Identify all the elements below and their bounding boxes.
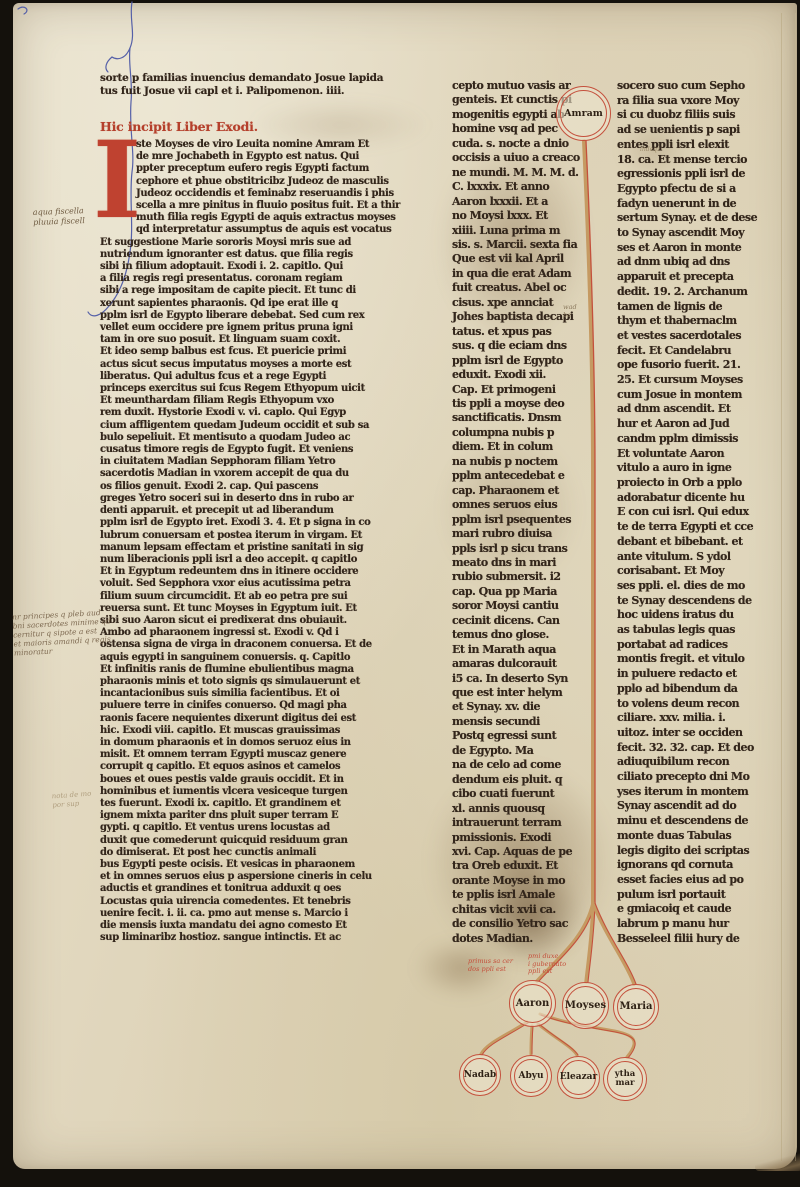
text-line: esset facies eius ad po xyxy=(617,873,753,888)
text-line: ad se uenientis p sapi xyxy=(617,123,753,138)
text-line: Et meunthardam filiam Regis Ethyopum vxo xyxy=(100,395,436,407)
node-label: Nadab xyxy=(464,1071,496,1080)
text-line: cibo cuati fuerunt xyxy=(452,787,594,801)
text-line: ad dnm ubiq ad dns xyxy=(617,255,753,270)
text-line: pplm isrl de Egypto iret. Exodi 3. 4. Et… xyxy=(100,517,436,529)
text-line: yses iterum in montem xyxy=(617,785,753,800)
text-line: fuit creatus. Abel oc xyxy=(452,281,594,295)
text-line: liberatus. Qui adultus fcus et a rege Eg… xyxy=(100,371,436,383)
text-line: candm pplm dimissis xyxy=(617,432,753,447)
text-line: hominibus et iumentis vlcera vesiceque t… xyxy=(100,786,436,798)
text-line: in puluere redacto et xyxy=(617,667,753,682)
text-line: hoc uidens iratus du xyxy=(617,608,753,623)
text-line: ba xyxy=(563,312,577,320)
text-line: de Egypto. Ma xyxy=(452,744,594,758)
text-line: dos ppli est xyxy=(468,966,513,974)
text-line: orante Moyse in mo xyxy=(452,874,594,888)
text-line: Egypto pfectu de si a xyxy=(617,182,753,197)
text-line: xl. annis quousq xyxy=(452,802,594,816)
text-line: cap. Qua pp Maria xyxy=(452,585,594,599)
text-line: actus sicut secus imputatus moyses a mor… xyxy=(100,359,436,371)
node-label: Abyu xyxy=(518,1072,543,1081)
text-line: ope fusorio fuerit. 21. xyxy=(617,358,753,373)
text-line: legis digito dei scriptas xyxy=(617,844,753,859)
text-line: thym et thabernaclm xyxy=(617,314,753,329)
text-line: corisabant. Et Moy xyxy=(617,564,753,579)
text-line: sacerdotis Madian in vxorem accepit de q… xyxy=(100,468,436,480)
text-line: Que est vii kal April xyxy=(452,252,594,266)
left-text-column: ste Moyses de viro Leuita nomine Amram E… xyxy=(100,139,436,944)
text-line: xerunt sapientes pharaonis. Qd ipe erat … xyxy=(100,298,436,310)
tree-node-ythamar: ytha mar xyxy=(603,1057,647,1101)
text-line: omnes seruos eius xyxy=(452,498,594,512)
text-line: dendum eis pluit. q xyxy=(452,773,594,787)
text-line: tis ppli a moyse deo xyxy=(452,397,594,411)
text-line: sis. s. Marcii. sexta fia xyxy=(452,238,594,252)
text-line: te Synay descendens de xyxy=(617,594,753,609)
text-line: vitulo a auro in igne xyxy=(617,461,753,476)
node-label: Amram xyxy=(564,109,603,119)
interlinear-gloss: indeqz xyxy=(640,146,660,153)
explicit-joshua: sorte p familias inuencius demandato Jos… xyxy=(100,72,383,97)
text-line: Besseleel filii hury de xyxy=(617,932,753,947)
text-line: pplm isrl de Egypto liberare debebat. Se… xyxy=(100,310,436,322)
text-line: Cap. Et primogeni xyxy=(452,383,594,397)
tree-node-abyu: Abyu xyxy=(510,1055,552,1097)
text-line: dotes Madian. xyxy=(452,932,594,946)
text-line: qd interpretatur assumptus de aquis est … xyxy=(136,224,436,236)
text-line: cum Josue in montem xyxy=(617,388,753,403)
text-line: pluuia fiscell xyxy=(33,216,85,227)
text-line: Aaron lxxxii. Et a xyxy=(452,195,594,209)
text-line: sibi in filium adoptauit. Exodi i. 2. ca… xyxy=(100,261,436,273)
text-line: cap. Pharaonem et xyxy=(452,484,594,498)
text-line: chitas vicit xvii ca. xyxy=(452,903,594,917)
text-line: tes fuerunt. Exodi ix. capitlo. Et grand… xyxy=(100,798,436,810)
text-line: debant et bibebant. et xyxy=(617,535,753,550)
text-line: tatus. et xpus pas xyxy=(452,325,594,339)
text-line: fecit. Et Candelabru xyxy=(617,344,753,359)
text-line: pplo ad bibendum da xyxy=(617,682,753,697)
right-text-column: socero suo cum Sephora filia sua vxore M… xyxy=(617,79,753,946)
text-line: proiecto in Orb a pplo xyxy=(617,476,753,491)
text-line: dedit. 19. 2. Archanum xyxy=(617,285,753,300)
text-line: boues et oues pestis valde grauis occidi… xyxy=(100,774,436,786)
text-line: egressionis ppli isrl de xyxy=(617,167,753,182)
caption-moyses: pmi duxei gubernatoppli est xyxy=(528,953,566,976)
text-line: voluit. Sed Sepphora vxor eius acutissim… xyxy=(100,578,436,590)
text-line: occisis a uiuo a creaco xyxy=(452,151,594,165)
text-line: to Synay ascendit Moy xyxy=(617,226,753,241)
text-line: manum lepsam effectam et pristine sanita… xyxy=(100,542,436,554)
text-line: apparuit et precepta xyxy=(617,270,753,285)
text-line: filium suum circumcidit. Et ab eo petra … xyxy=(100,591,436,603)
text-line: cecinit dicens. Can xyxy=(452,614,594,628)
page-corner-curl xyxy=(755,1153,800,1171)
text-line: ante vitulum. S ydol xyxy=(617,550,753,565)
text-line: nutriendum ignoranter est datus. que fil… xyxy=(100,249,436,261)
text-line: sibi suo Aaron sicut ei predixerat dns o… xyxy=(100,615,436,627)
text-line: tra Oreb eduxit. Et xyxy=(452,859,594,873)
node-label: ytha mar xyxy=(615,1070,636,1088)
text-line: 25. Et cursum Moyses xyxy=(617,373,753,388)
text-line: incantacionibus suis similia facientibus… xyxy=(100,688,436,700)
text-line: eduxit. Exodi xii. xyxy=(452,368,594,382)
tree-node-eleazar: Eleazar xyxy=(557,1056,600,1099)
text-line: reuersa sunt. Et tunc Moyses in Egyptum … xyxy=(100,603,436,615)
text-line: mari rubro diuisa xyxy=(452,527,594,541)
text-line: Postq egressi sunt xyxy=(452,729,594,743)
text-line: diem. Et in colum xyxy=(452,440,594,454)
text-line: sertum Synay. et de dese xyxy=(617,211,753,226)
text-line: labrum p manu hur xyxy=(617,917,753,932)
text-line: in ciuitatem Madian Sepphoram filiam Yet… xyxy=(100,456,436,468)
middle-text-column: cepto mutuo vasis argenteis. Et cunctis … xyxy=(452,79,594,946)
text-line: xiiii. Luna prima m xyxy=(452,224,594,238)
text-line: aquis egypti in sanguinem conuersis. q. … xyxy=(100,652,436,664)
text-line: tam in ore suo posuit. Et linguam suam c… xyxy=(100,334,436,346)
node-label: Aaron xyxy=(516,999,549,1009)
text-line: de mre Jochabeth in Egypto est natus. Qu… xyxy=(136,151,436,163)
text-line: sanctificatis. Dnsm xyxy=(452,411,594,425)
text-line: 18. ca. Et mense tercio xyxy=(617,153,753,168)
text-line: sup liminaribz hostioz. sangue intinctis… xyxy=(100,932,436,944)
text-line: a filia regis regi presentatus. coronam … xyxy=(100,273,436,285)
text-line: puluere terre in cinifes conuerso. Qd ma… xyxy=(100,700,436,712)
text-line: xvi. Cap. Aquas de pe xyxy=(452,845,594,859)
text-line: amaras dulcorauit xyxy=(452,657,594,671)
text-line: die mensis iuxta mandatu dei agno comest… xyxy=(100,920,436,932)
text-line: fecit. 32. 32. cap. Et deo xyxy=(617,741,753,756)
marginal-note-principes: nr principes q pleb audbni sacerdotes mi… xyxy=(12,607,112,657)
text-line: hic. Exodi viii. capitlo. Et muscas grau… xyxy=(100,725,436,737)
marginal-note-fiscella: aqua fiscellapluuia fiscell xyxy=(33,206,85,227)
text-line: bulo sepeliuit. Et mentisuto a quodam Ju… xyxy=(100,432,436,444)
text-line: que est inter helym xyxy=(452,686,594,700)
text-line: na nubis p noctem xyxy=(452,455,594,469)
text-line: si cu duobz filiis suis xyxy=(617,108,753,123)
text-line: denti apparuit. et precepit ut ad libera… xyxy=(100,505,436,517)
text-line: pharaonis minis et toto signis qs simula… xyxy=(100,676,436,688)
text-line: minu et descendens de xyxy=(617,814,753,829)
text-line: in domum pharaonis et in domos seruoz ei… xyxy=(100,737,436,749)
gutter-gloss: wadba xyxy=(563,304,577,319)
text-line: E con cui isrl. Qui edux xyxy=(617,505,753,520)
text-line: to volens deum recon xyxy=(617,697,753,712)
text-line: Et in Egyptum redeuntem dns in itinere o… xyxy=(100,566,436,578)
text-line: Et ideo semp balbus est fcus. Et puerici… xyxy=(100,346,436,358)
text-line: Synay ascendit ad do xyxy=(617,799,753,814)
text-line: os filios genuit. Exodi 2. cap. Qui pasc… xyxy=(100,481,436,493)
text-line: adiuquibilum recon xyxy=(617,755,753,770)
text-line: ppls isrl p sicu trans xyxy=(452,542,594,556)
text-line: ciliare. xxv. milia. i. xyxy=(617,711,753,726)
text-line: et vestes sacerdotales xyxy=(617,329,753,344)
text-line: na de celo ad come xyxy=(452,758,594,772)
text-line: uenire fecit. i. ii. ca. pmo aut mense s… xyxy=(100,908,436,920)
tree-node-amram: Amram xyxy=(556,86,611,141)
text-line: greges Yetro soceri sui in deserto dns i… xyxy=(100,493,436,505)
text-line: gypti. q capitlo. Et ventus urens locust… xyxy=(100,822,436,834)
text-line: ignorans qd cornuta xyxy=(617,858,753,873)
text-line: ste Moyses de viro Leuita nomine Amram E… xyxy=(136,139,436,151)
text-line: num liberacionis ppli isrl a deo accepit… xyxy=(100,554,436,566)
text-line: e gmiacoiq et caude xyxy=(617,902,753,917)
text-line: ciliato precepto dni Mo xyxy=(617,770,753,785)
text-line: do dimiserat. Et post hec cunctis animal… xyxy=(100,847,436,859)
text-line: pmissionis. Exodi xyxy=(452,831,594,845)
text-line: corrupit q capitlo. Et equos asinos et c… xyxy=(100,761,436,773)
text-line: uitoz. inter se occiden xyxy=(617,726,753,741)
text-line: C. lxxxix. Et anno xyxy=(452,180,594,194)
text-line: cephore et phue obstitricibz Judeoz de m… xyxy=(136,176,436,188)
text-line: et in omnes seruos eius p aspersione cin… xyxy=(100,871,436,883)
text-line: sibi a rege impositam de capite piecit. … xyxy=(100,285,436,297)
tree-node-nadab: Nadab xyxy=(459,1054,501,1096)
text-line: mar xyxy=(615,1079,636,1088)
text-line: et Synay. xv. die xyxy=(452,700,594,714)
text-line: fadyn uenerunt in de xyxy=(617,197,753,212)
text-line: ses ppli. el. dies de mo xyxy=(617,579,753,594)
text-line: ppter preceptum eufero regis Egypti fact… xyxy=(136,163,436,175)
text-line: ostensa signa de virga in draconem conue… xyxy=(100,639,436,651)
text-line: de consilio Yetro sac xyxy=(452,917,594,931)
text-line: lubrum conuersam et postea iterum in vir… xyxy=(100,530,436,542)
text-line: soror Moysi cantiu xyxy=(452,599,594,613)
text-line: bus Egypti peste ocisis. Et vesicas in p… xyxy=(100,859,436,871)
text-line: sorte p familias inuencius demandato Jos… xyxy=(100,72,383,85)
marginal-note-faint: nota de mopor sup xyxy=(51,790,92,810)
text-line: columpna nubis p xyxy=(452,426,594,440)
tree-node-aaron: Aaron xyxy=(509,980,556,1027)
node-label: Maria xyxy=(619,1002,652,1012)
text-line: Et voluntate Aaron xyxy=(617,447,753,462)
text-line: raonis facere nequientes dixerunt digitu… xyxy=(100,713,436,725)
fore-edge-crease xyxy=(781,13,782,1161)
text-line: Ambo ad pharaonem ingressi st. Exodi v. … xyxy=(100,627,436,639)
text-line: muth filia regis Egypti de aquis extract… xyxy=(136,212,436,224)
text-line: te de terra Egypti et cce xyxy=(617,520,753,535)
text-line: i5 ca. In deserto Syn xyxy=(452,672,594,686)
text-line: scella a mre pinitus in fluuio positus f… xyxy=(136,200,436,212)
fore-edge-crease xyxy=(795,13,796,1161)
text-line: no Moysi lxxx. Et xyxy=(452,209,594,223)
text-line: cusatus timore regis de Egypto fugit. Et… xyxy=(100,444,436,456)
text-line: Et in Marath aqua xyxy=(452,643,594,657)
text-line: hur et Aaron ad Jud xyxy=(617,417,753,432)
text-line: Et suggestione Marie sororis Moysi mris … xyxy=(100,237,436,249)
text-line: temus dno glose. xyxy=(452,628,594,642)
text-line: Et infinitis ranis de flumine ebulientib… xyxy=(100,664,436,676)
text-line: princeps exercitus sui fcus Regem Ethyop… xyxy=(100,383,436,395)
text-line: vellet eum occidere pre ignem pritus pru… xyxy=(100,322,436,334)
text-line: mensis secundi xyxy=(452,715,594,729)
caption-aaron: primus sa cerdos ppli est xyxy=(468,958,513,973)
text-line: rem duxit. Hystorie Exodi v. vi. caplo. … xyxy=(100,407,436,419)
text-line: pplm isrl de Egypto xyxy=(452,354,594,368)
text-line: Locustas quia uirencia comedentes. Et te… xyxy=(100,896,436,908)
text-line: ppli est xyxy=(528,968,566,976)
node-label: Moyses xyxy=(565,1001,606,1011)
text-line: duxit que comederunt quicquid residuum g… xyxy=(100,835,436,847)
manuscript-photo: sorte p familias inuencius demandato Jos… xyxy=(0,0,800,1187)
text-line: entes ppli isrl elexit xyxy=(617,138,753,153)
text-line: pplm antecedebat e xyxy=(452,469,594,483)
text-line: montis fregit. et vitulo xyxy=(617,652,753,667)
tree-node-maria: Maria xyxy=(613,984,659,1030)
text-line: socero suo cum Sepho xyxy=(617,79,753,94)
text-line: sus. q die eciam dns xyxy=(452,339,594,353)
text-line: portabat ad radices xyxy=(617,638,753,653)
text-line: pulum isrl portauit xyxy=(617,888,753,903)
text-line: ne mundi. M. M. M. d. xyxy=(452,166,594,180)
text-line: intrauerunt terram xyxy=(452,816,594,830)
text-line: rubio submersit. i2 xyxy=(452,570,594,584)
text-line: as tabulas legis quas xyxy=(617,623,753,638)
text-line: ses et Aaron in monte xyxy=(617,241,753,256)
text-line: te pplis isrl Amale xyxy=(452,888,594,902)
text-line: ignem mixta pariter dns pluit super terr… xyxy=(100,810,436,822)
tree-node-moyses: Moyses xyxy=(562,982,609,1029)
node-label: Eleazar xyxy=(560,1073,598,1082)
text-line: tus fuit Josue vii capl et i. Palipomeno… xyxy=(100,85,383,98)
text-line: meato dns in mari xyxy=(452,556,594,570)
text-line: adorabatur dicente hu xyxy=(617,491,753,506)
text-line: ad dnm ascendit. Et xyxy=(617,402,753,417)
text-line: ra filia sua vxore Moy xyxy=(617,94,753,109)
text-line: Judeoz occidendis et feminabz reseruandi… xyxy=(136,188,436,200)
text-line: monte duas Tabulas xyxy=(617,829,753,844)
text-line: pplm isrl psequentes xyxy=(452,513,594,527)
text-line: aductis et grandines et tonitrua adduxit… xyxy=(100,883,436,895)
text-line: cium affligentem quedam Judeum occidit e… xyxy=(100,420,436,432)
text-line: in qua die erat Adam xyxy=(452,267,594,281)
text-line: misit. Et omnem terram Egypti muscaz gen… xyxy=(100,749,436,761)
text-line: tamen de lignis de xyxy=(617,300,753,315)
